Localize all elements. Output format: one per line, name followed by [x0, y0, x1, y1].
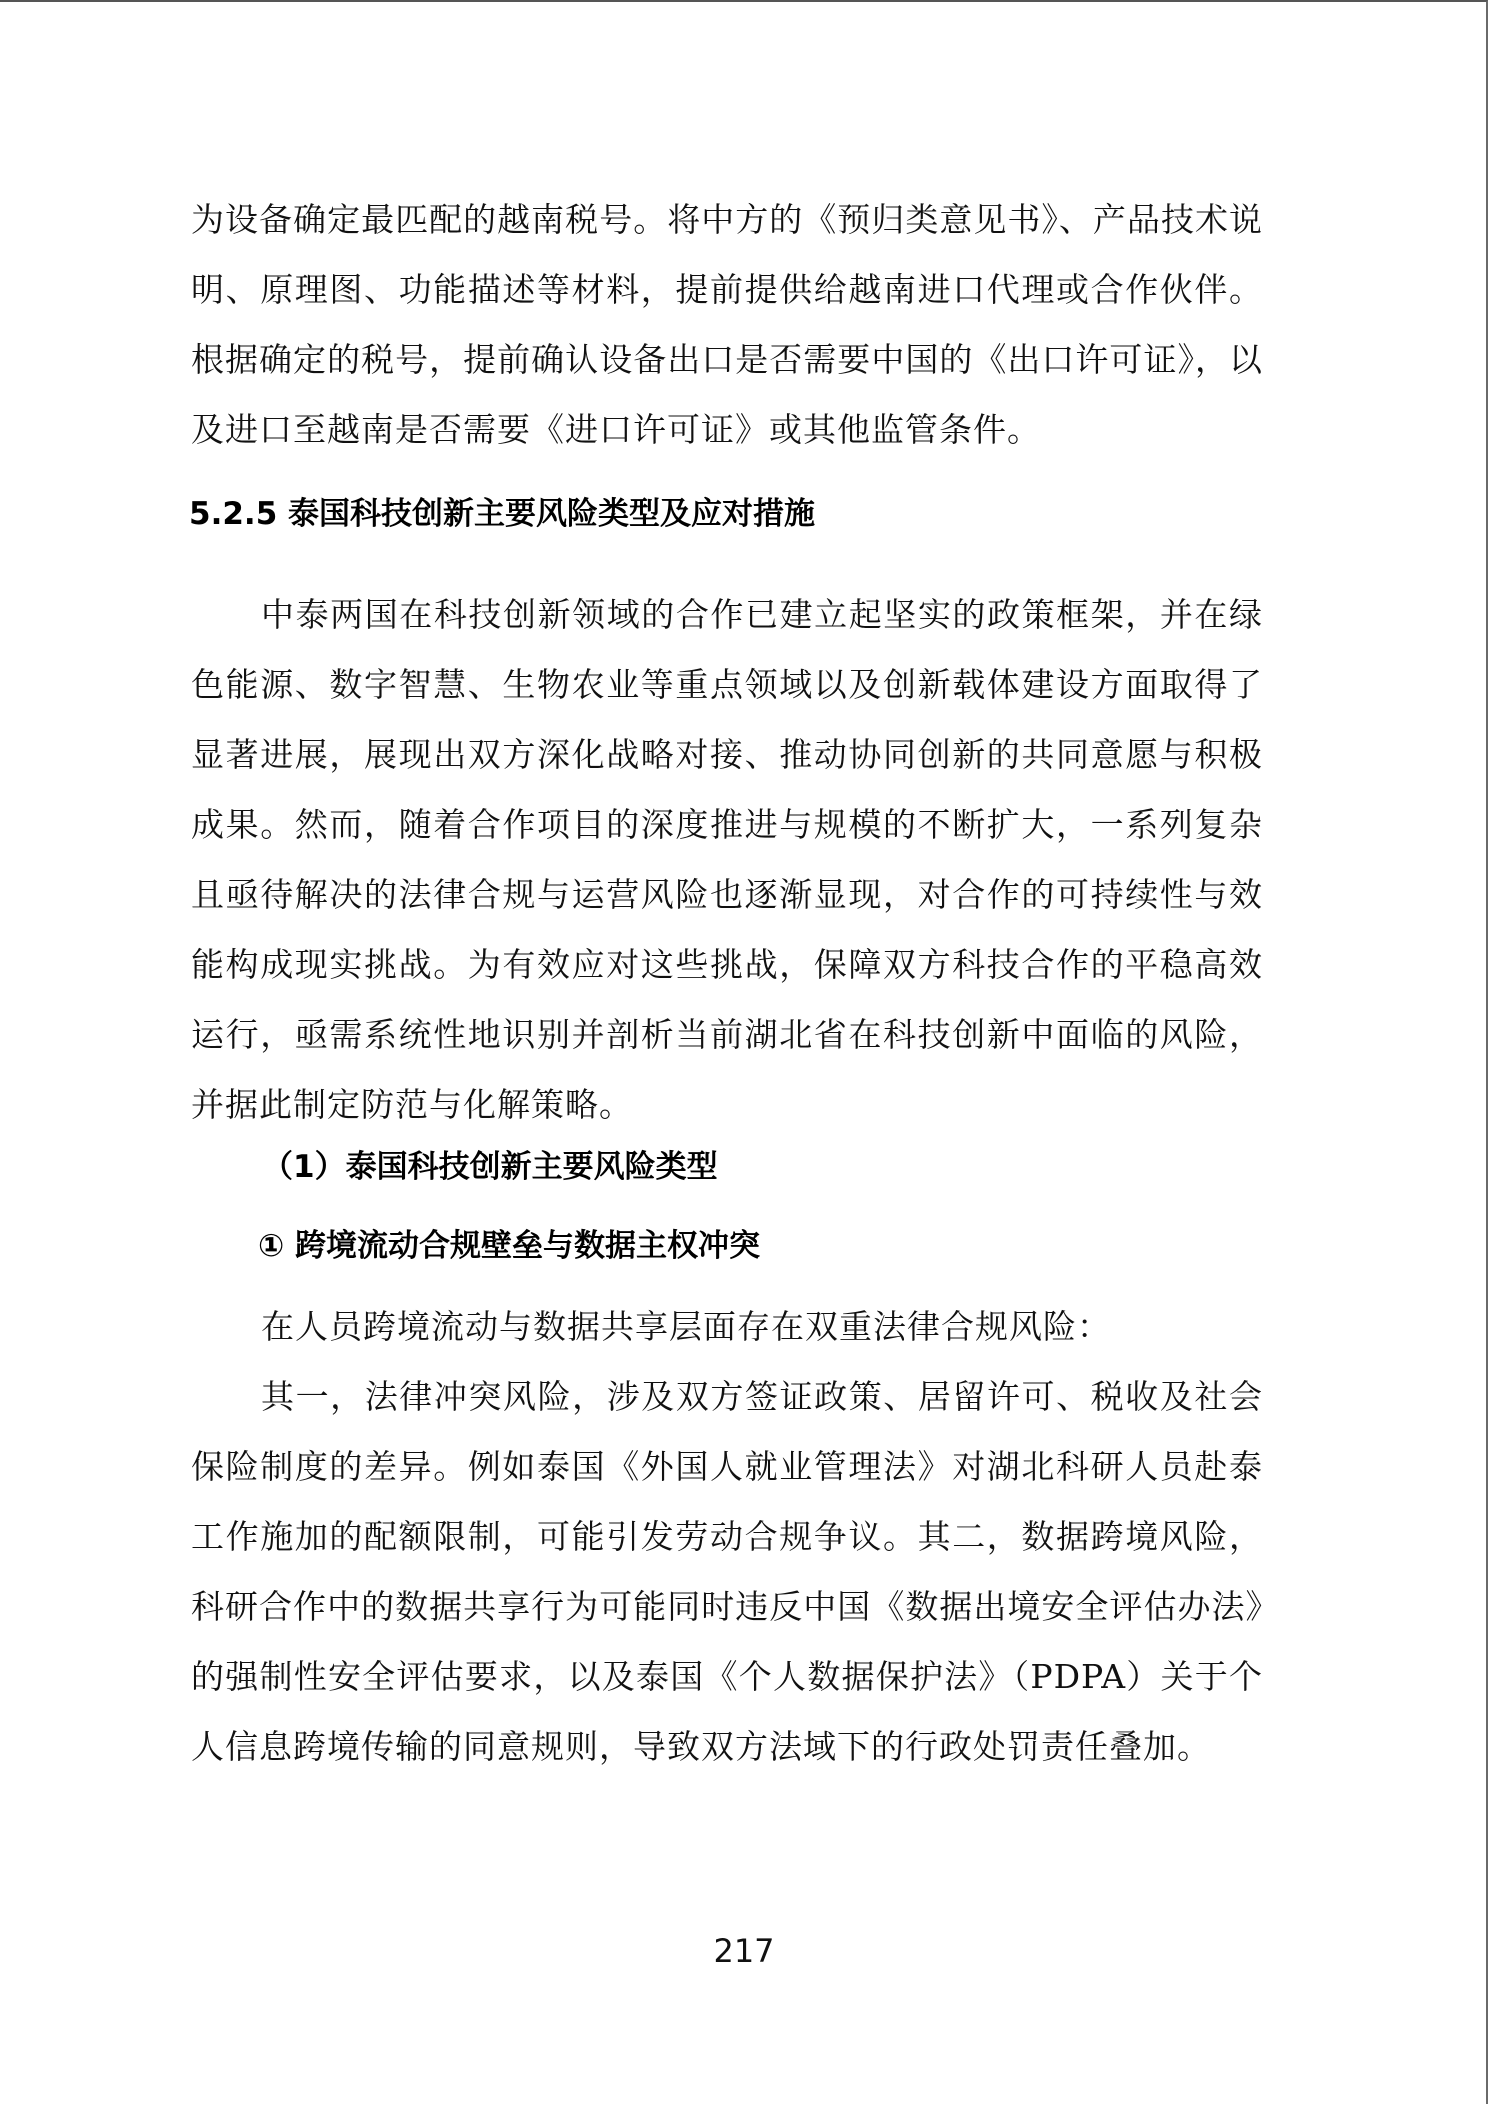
section-heading-5-2-5: 5.2.5 泰国科技创新主要风险类型及应对措施: [189, 492, 815, 536]
risk-detail-paragraph: 其一，法律冲突风险，涉及双方签证政策、居留许可、税收及社会保险制度的差异。例如泰…: [191, 1362, 1263, 1782]
document-page: 为设备确定最匹配的越南税号。将中方的《预归类意见书》、产品技术说明、原理图、功能…: [0, 0, 1488, 2104]
intro-paragraph: 中泰两国在科技创新领域的合作已建立起坚实的政策框架，并在绿色能源、数字智慧、生物…: [191, 580, 1263, 1140]
subheading-risk-types: （1）泰国科技创新主要风险类型: [262, 1145, 718, 1189]
continuation-paragraph: 为设备确定最匹配的越南税号。将中方的《预归类意见书》、产品技术说明、原理图、功能…: [191, 185, 1263, 465]
subheading-cross-border-compliance: ① 跨境流动合规壁垒与数据主权冲突: [258, 1224, 760, 1268]
risk-intro-paragraph: 在人员跨境流动与数据共享层面存在双重法律合规风险：: [191, 1292, 1263, 1362]
page-number: 217: [0, 1932, 1488, 1970]
